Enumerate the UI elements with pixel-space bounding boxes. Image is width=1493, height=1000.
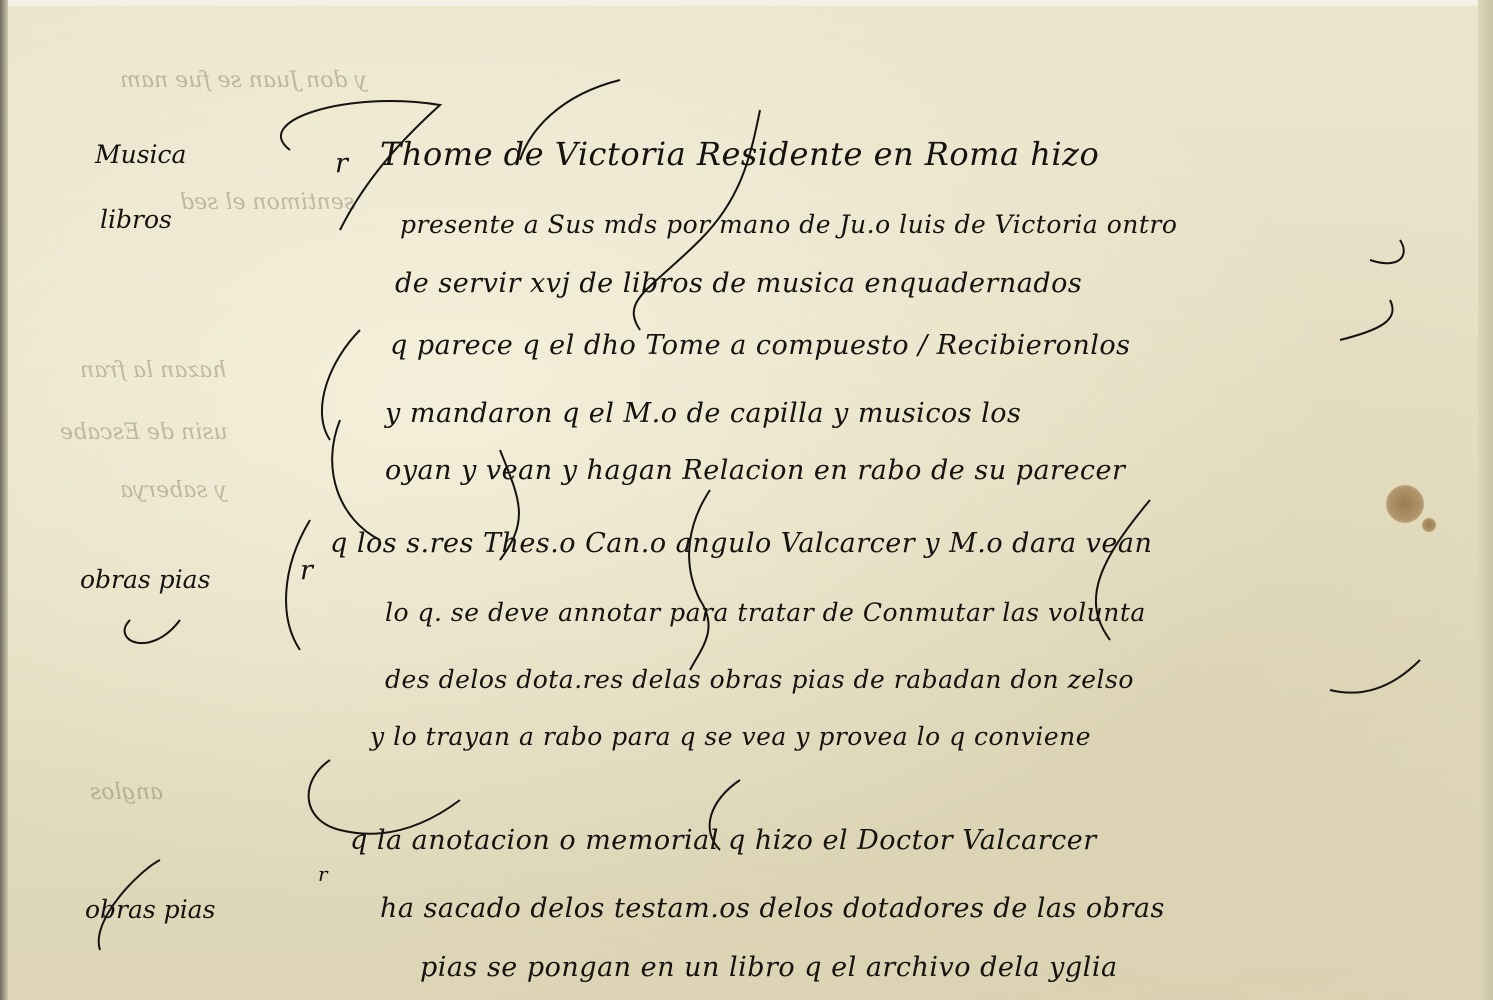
margin-note-musica: Musica — [95, 140, 186, 169]
entry-line: lo q. se deve annotar para tratar de Con… — [385, 598, 1146, 627]
entry-line: y mandaron q el M.o de capilla y musicos… — [385, 398, 1021, 429]
margin-note-libros: libros — [100, 205, 172, 234]
entry-marker: r — [300, 555, 313, 586]
entry-line: q parece q el dho Tome a compuesto / Rec… — [390, 330, 1131, 361]
manuscript-page: y don Juan se fue nam hazan la fran usin… — [0, 0, 1493, 1000]
entry-marker: r — [318, 862, 328, 886]
page-right-fold — [1478, 0, 1493, 1000]
entry-marker: r — [335, 148, 348, 179]
page-top-edge — [0, 0, 1493, 6]
entry-line: presente a Sus mds por mano de Ju.o luis… — [400, 210, 1177, 239]
bleedthrough-text: sentimon el sed — [180, 190, 355, 215]
entry-line: Thome de Victoria Residente en Roma hizo — [380, 135, 1099, 173]
ink-stain — [1386, 485, 1424, 523]
bleedthrough-text: usin de Escabe — [60, 420, 228, 445]
margin-note-obras-pias: obras pias — [80, 565, 210, 594]
entry-line: q los s.res Thes.o Can.o angulo Valcarce… — [330, 528, 1152, 559]
bleedthrough-text: y don Juan se fue nam — [120, 68, 367, 93]
entry-line: oyan y vean y hagan Relacion en rabo de … — [385, 455, 1125, 486]
bleedthrough-text: anglos — [90, 780, 163, 805]
ink-stain — [1422, 518, 1436, 532]
margin-note-obras-pias: obras pias — [85, 895, 215, 924]
entry-line: de servir xvj de libros de musica enquad… — [395, 268, 1082, 299]
bleedthrough-text: y saberya — [120, 478, 227, 503]
entry-line: des delos dota.res delas obras pias de r… — [385, 665, 1134, 694]
entry-line: pias se pongan en un libro q el archivo … — [420, 952, 1118, 983]
entry-line: y lo trayan a rabo para q se vea y prove… — [370, 722, 1091, 751]
entry-line: q la anotacion o memorial q hizo el Doct… — [350, 825, 1097, 856]
page-binding-edge — [0, 0, 8, 1000]
bleedthrough-text: hazan la fran — [80, 358, 226, 383]
entry-line: ha sacado delos testam.os delos dotadore… — [380, 893, 1165, 924]
